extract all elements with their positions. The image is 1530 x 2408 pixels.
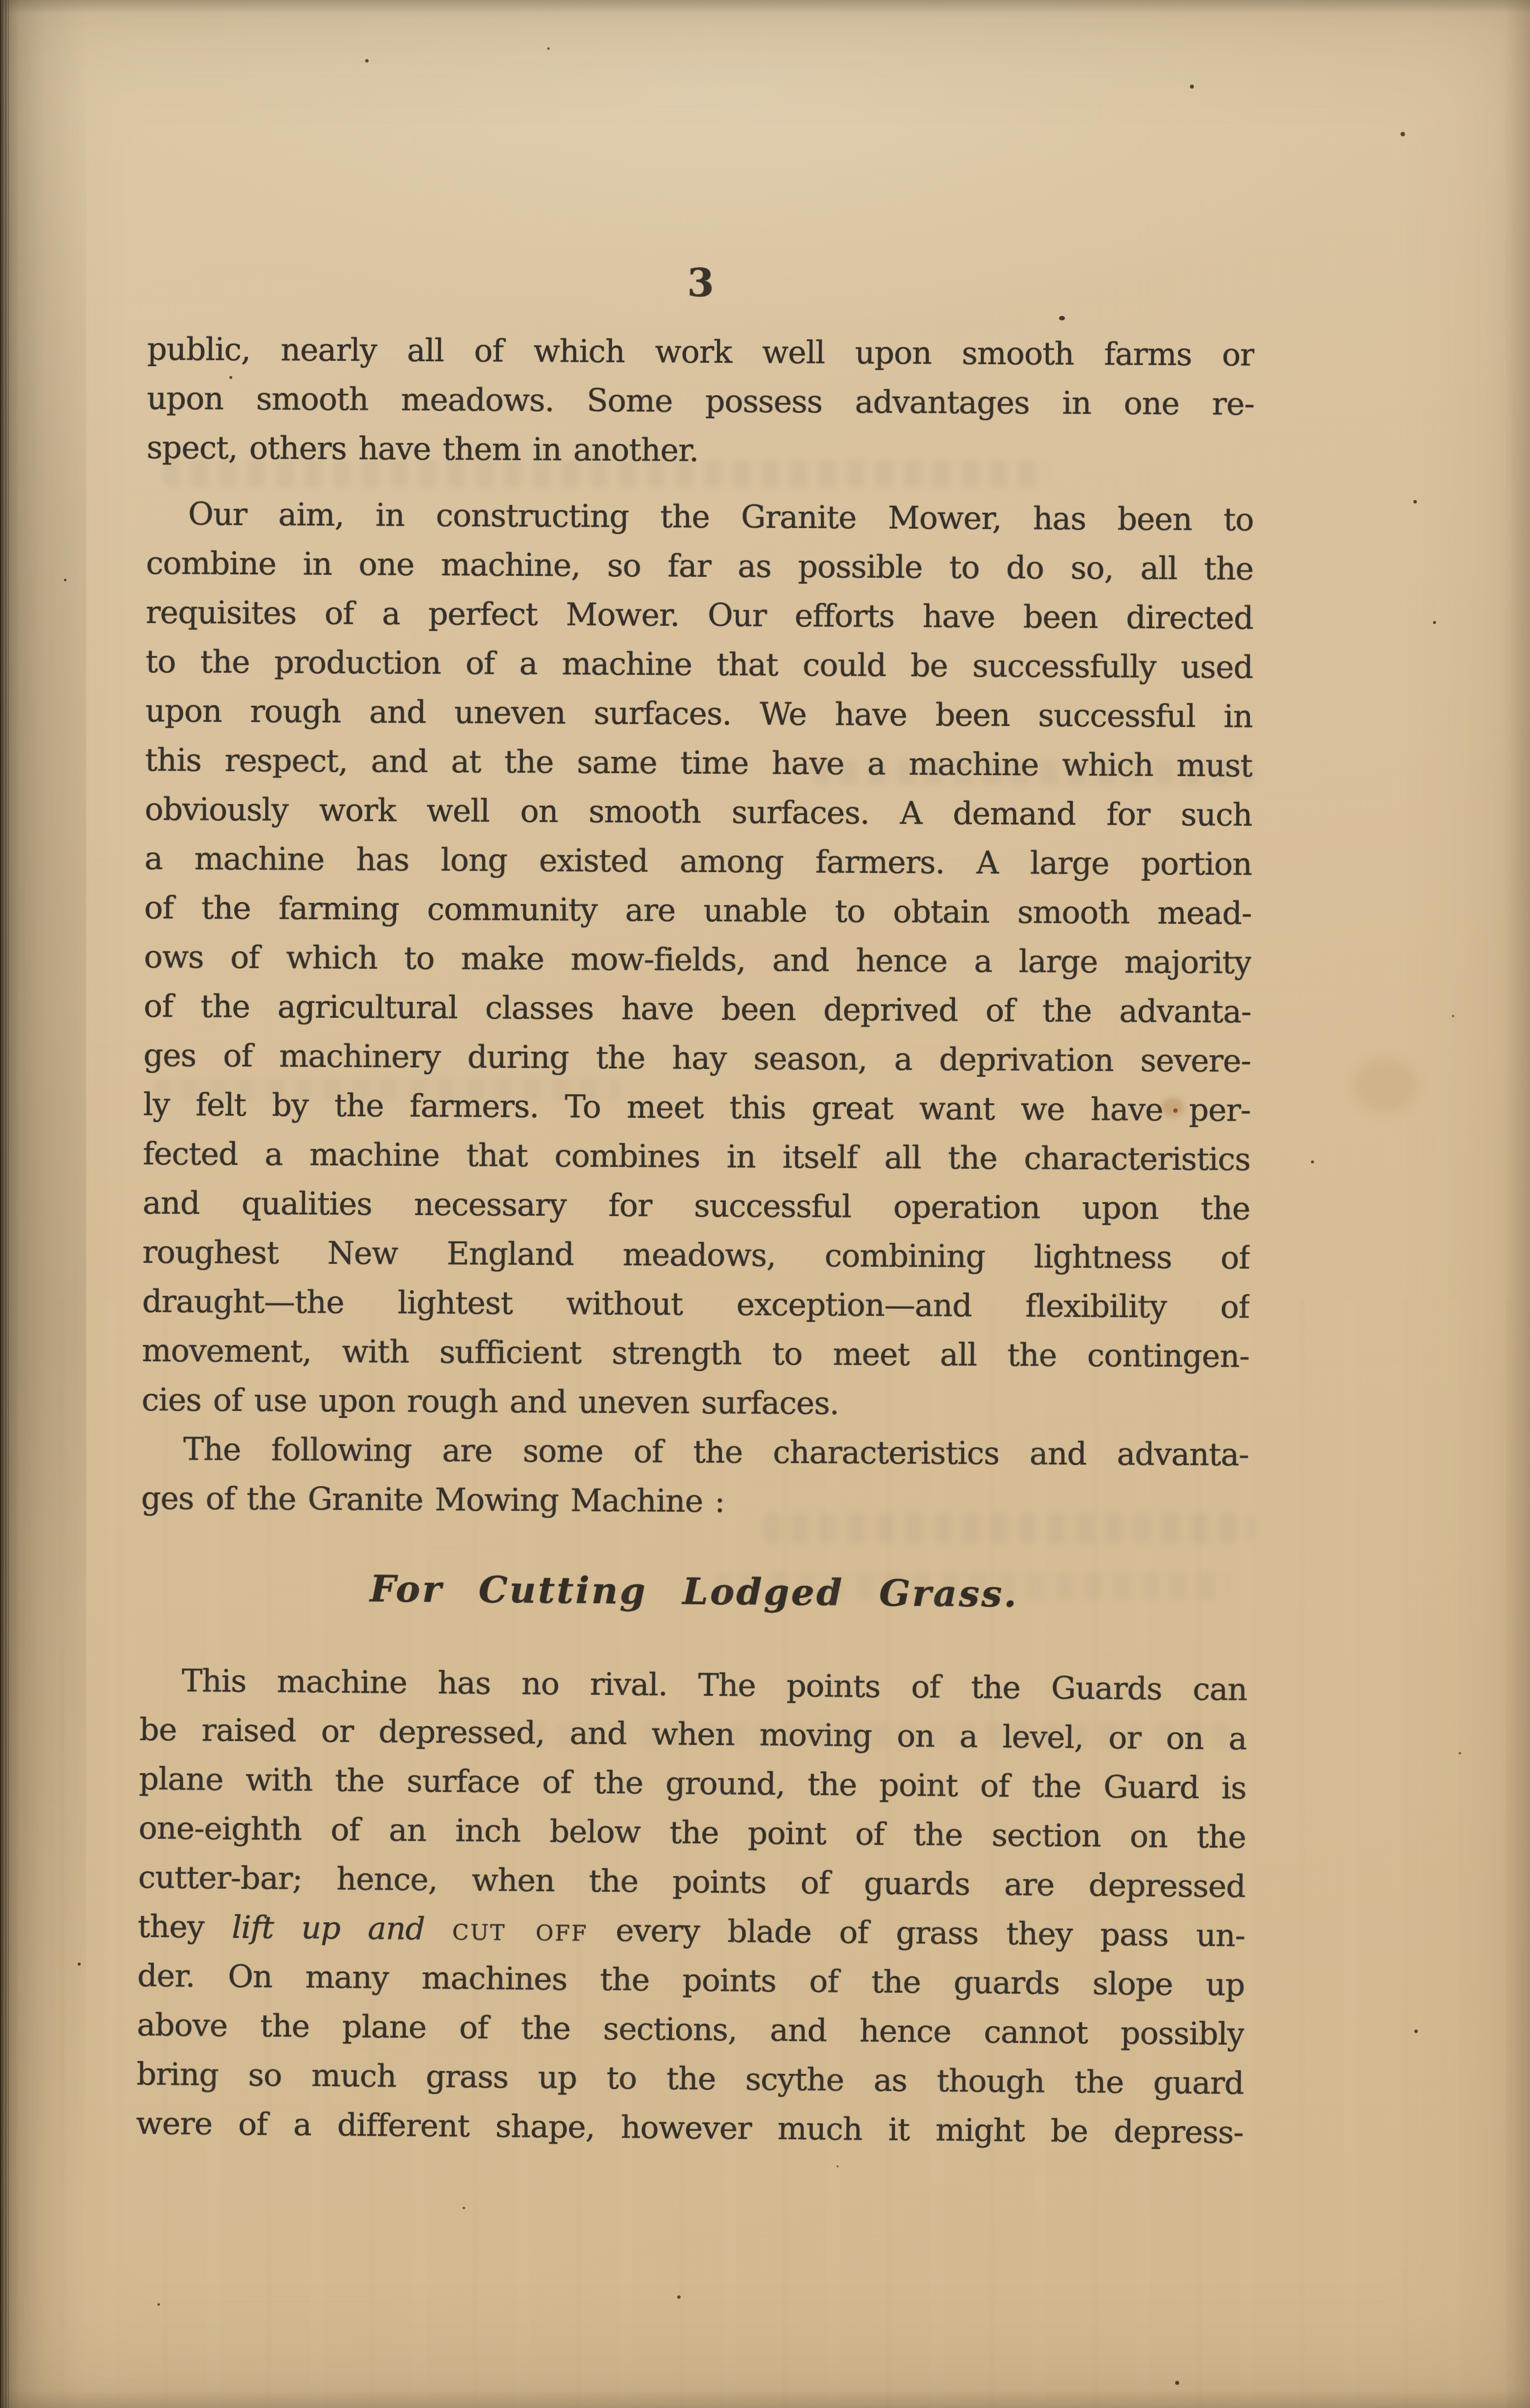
paper-speck [1059, 316, 1065, 320]
lower-section: For Cutting Lodged Grass. This machine h… [136, 1563, 1248, 2158]
scanned-page: 3 public, nearly all of which work well … [0, 0, 1530, 2408]
paragraph: Our aim, in constructing the Granite Mow… [142, 490, 1254, 1431]
text-line: combine in one machine, so far as possib… [146, 539, 1253, 594]
right-edge-shadow [1504, 0, 1530, 2408]
text-line: ows of which to make mow-fields, and hen… [144, 933, 1251, 988]
text-line: roughest New England meadows, combining … [142, 1228, 1249, 1283]
mixed-line-pre: they [138, 1908, 232, 1945]
paper-speck [1311, 1160, 1314, 1163]
paper-speck [229, 376, 232, 379]
section-heading: For Cutting Lodged Grass. [140, 1563, 1248, 1621]
italic-phrase: lift up and [232, 1909, 453, 1947]
text-line: and qualities necessary for successful o… [143, 1179, 1250, 1234]
page-number: 3 [147, 253, 1255, 313]
paper-speck [1452, 1015, 1454, 1017]
mixed-line-post: every blade of grass they pass un- [588, 1912, 1245, 1954]
text-line: this respect, and at the same time have … [145, 736, 1252, 791]
text-line: fected a machine that combines in itself… [143, 1129, 1250, 1185]
stain [1353, 1058, 1417, 1112]
top-edge-shadow [0, 0, 1530, 14]
text-line: Our aim, in constructing the Granite Mow… [146, 490, 1253, 545]
paper-speck [1190, 85, 1194, 89]
text-block: 3 public, nearly all of which work well … [138, 253, 1255, 2154]
text-line: public, nearly all of which work well up… [147, 325, 1254, 380]
paragraph: public, nearly all of which work well up… [147, 325, 1255, 478]
paper-speck [365, 59, 369, 63]
text-line: requisites of a perfect Mower. Our effor… [146, 588, 1253, 643]
paper-speck [157, 2303, 160, 2306]
paper-speck [463, 2207, 465, 2209]
paper-speck [1401, 132, 1405, 136]
paragraph: The following are some of the characteri… [141, 1425, 1249, 1529]
text-line: above the plane of the sections, and hen… [137, 2001, 1245, 2059]
text-line: a machine has long existed among farmers… [144, 834, 1251, 889]
text-line: der. On many machines the points of the … [137, 1951, 1245, 2010]
paper-speck [1175, 2381, 1179, 2385]
gutter-page-edges [0, 0, 10, 2408]
text-line: draught—the lightest without exception—a… [142, 1277, 1249, 1332]
paper-speck [1413, 500, 1417, 503]
text-line: movement, with sufficient strength to me… [142, 1326, 1249, 1381]
text-line: upon smooth meadows. Some possess advant… [147, 374, 1254, 429]
text-line: bring so much grass up to the scythe as … [136, 2050, 1244, 2108]
text-line: obviously work well on smooth surfaces. … [145, 785, 1252, 840]
text-line: be raised or depressed, and when moving … [139, 1705, 1247, 1764]
text-line: This machine has no rival. The points of… [140, 1656, 1248, 1715]
bottom-edge-shadow [0, 2390, 1530, 2408]
left-edge-shadow [0, 0, 86, 2408]
text-line: spect, others have them in another. [147, 423, 1254, 478]
text-line: of the agricultural classes have been de… [144, 982, 1251, 1037]
text-line: were of a different shape, however much … [136, 2099, 1244, 2158]
smallcaps-phrase: cut off [452, 1911, 588, 1948]
paper-speck [547, 47, 550, 50]
paper-speck [1414, 2030, 1418, 2033]
paper-speck [677, 2295, 681, 2299]
text-line: of the farming community are unable to o… [144, 883, 1251, 938]
text-line: ges of the Granite Mowing Machine : [141, 1474, 1248, 1529]
text-line: plane with the surface of the ground, th… [139, 1754, 1247, 1813]
text-line: ly felt by the farmers. To meet this gre… [143, 1080, 1250, 1135]
text-line: to the production of a machine that coul… [145, 637, 1252, 692]
text-line: one-eighth of an inch below the point of… [138, 1804, 1246, 1862]
text-line: cutter-bar; hence, when the points of gu… [138, 1853, 1246, 1911]
stain [1161, 1097, 1184, 1117]
text-line: ges of machinery during the hay season, … [143, 1031, 1250, 1086]
text-line: The following are some of the characteri… [141, 1425, 1249, 1480]
paragraph: This machine has no rival. The points of… [136, 1656, 1247, 2158]
paper-speck [1459, 1752, 1461, 1754]
paper-speck [1433, 621, 1436, 624]
text-line: upon rough and uneven surfaces. We have … [145, 687, 1252, 742]
text-line: cies of use upon rough and uneven surfac… [142, 1376, 1249, 1431]
text-line: they lift up and cut off every blade of … [137, 1902, 1245, 1961]
paper-speck [837, 2165, 839, 2167]
